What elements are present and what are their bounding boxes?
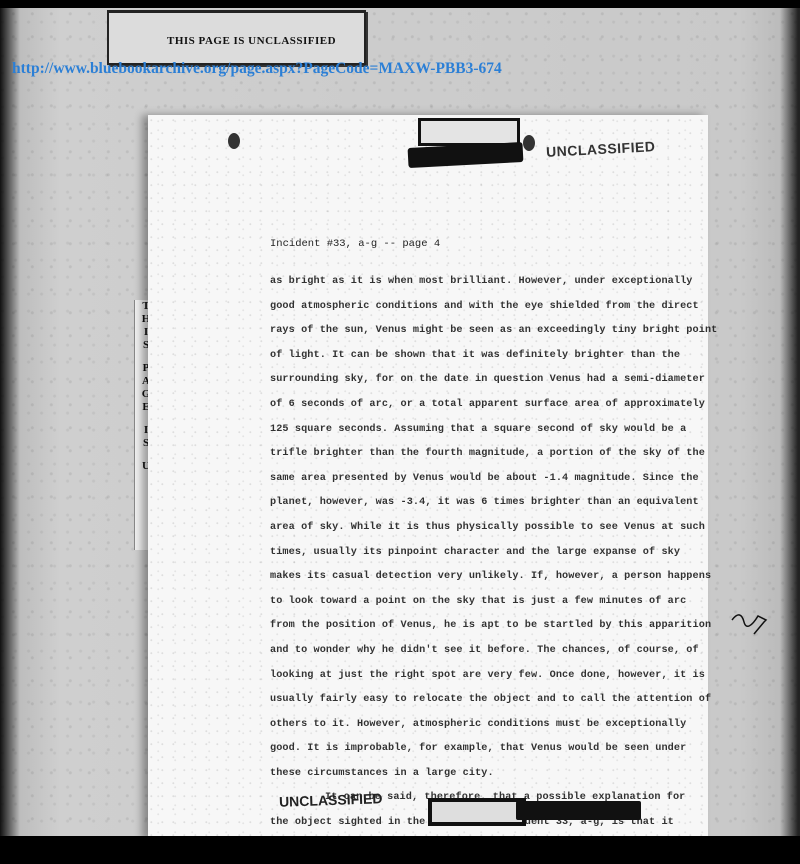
- scan-bottom-border: [0, 836, 800, 864]
- document-line: same area presented by Venus would be ab…: [270, 467, 690, 492]
- stamp-box-bottom: [428, 798, 526, 826]
- document-line: looking at just the right spot are very …: [270, 664, 690, 689]
- archive-page-link[interactable]: http://www.bluebookarchive.org/page.aspx…: [12, 60, 502, 78]
- document-line: planet, however, was -3.4, it was 6 time…: [270, 491, 690, 516]
- document-line: trifle brighter than the fourth magnitud…: [270, 442, 690, 467]
- classification-slip-text: THIS PAGE IS UNCLASSIFIED: [167, 35, 336, 47]
- document-line: rays of the sun, Venus might be seen as …: [270, 319, 690, 344]
- redaction-bar-bottom: [516, 801, 641, 820]
- document-header: Incident #33, a-g -- page 4: [270, 238, 440, 250]
- document-line: others to it. However, atmospheric condi…: [270, 713, 690, 738]
- scan-top-border: [0, 0, 800, 8]
- document-line: surrounding sky, for on the date in ques…: [270, 368, 690, 393]
- document-line: to look toward a point on the sky that i…: [270, 590, 690, 615]
- punch-hole-left: [228, 133, 240, 149]
- document-line: usually fairly easy to relocate the obje…: [270, 688, 690, 713]
- document-line: good. It is improbable, for example, tha…: [270, 737, 690, 762]
- handwritten-mark-icon: [728, 608, 778, 638]
- punch-hole-right: [523, 135, 535, 151]
- document-line: from the position of Venus, he is apt to…: [270, 614, 690, 639]
- document-line: of 6 seconds of arc, or a total apparent…: [270, 393, 690, 418]
- document-line: times, usually its pinpoint character an…: [270, 541, 690, 566]
- document-line: area of sky. While it is thus physically…: [270, 516, 690, 541]
- document-line: 125 square seconds. Assuming that a squa…: [270, 418, 690, 443]
- document-line: of light. It can be shown that it was de…: [270, 344, 690, 369]
- document-body: as bright as it is when most brilliant. …: [270, 270, 690, 836]
- document-line: makes its casual detection very unlikely…: [270, 565, 690, 590]
- classification-slip: THIS PAGE IS UNCLASSIFIED: [107, 10, 366, 65]
- document-line: and to wonder why he didn't see it befor…: [270, 639, 690, 664]
- document-line: as bright as it is when most brilliant. …: [270, 270, 690, 295]
- unclassified-stamp-top: UNCLASSIFIED: [546, 138, 656, 160]
- document-page: UNCLASSIFIED Incident #33, a-g -- page 4…: [148, 115, 708, 840]
- stamp-box-top: [418, 118, 520, 146]
- document-line: good atmospheric conditions and with the…: [270, 295, 690, 320]
- document-line: these circumstances in a large city.: [270, 762, 690, 787]
